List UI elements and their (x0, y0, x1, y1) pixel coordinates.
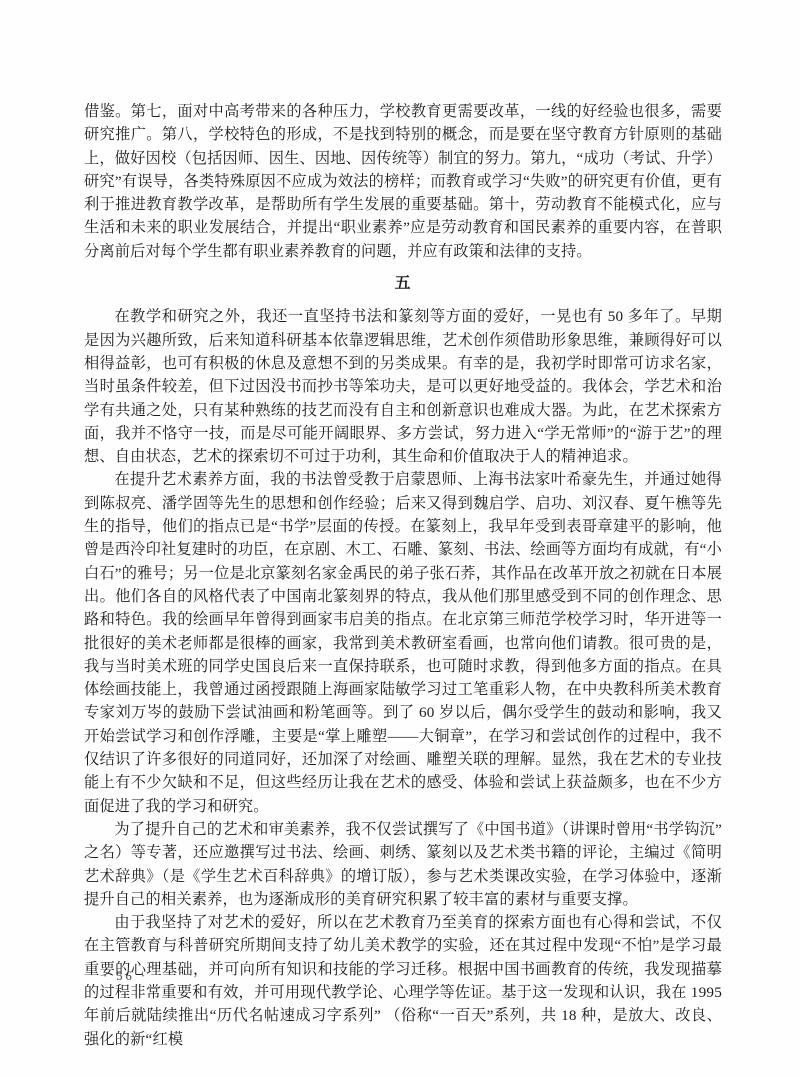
text-body: 借鉴。第七，面对中高考带来的各种压力，学校教育更需要改革，一线的好经验也很多，需… (84, 100, 722, 1051)
paragraph: 在提升艺术素养方面，我的书法曾受教于启蒙恩师、上海书法家叶希豪先生，并通过她得到… (84, 468, 722, 817)
paragraph: 在教学和研究之外，我还一直坚持书法和篆刻等方面的爱好，一晃也有 50 多年了。早… (84, 305, 722, 468)
paragraph: 由于我坚持了对艺术的爱好，所以在艺术教育乃至美育的探索方面也有心得和尝试，不仅在… (84, 911, 722, 1051)
section-heading: 五 (84, 272, 722, 295)
document-page: 借鉴。第七，面对中高考带来的各种压力，学校教育更需要改革，一线的好经验也很多，需… (0, 0, 800, 1077)
paragraph-continuation: 借鉴。第七，面对中高考带来的各种压力，学校教育更需要改革，一线的好经验也很多，需… (84, 100, 722, 263)
paragraph: 为了提升自己的艺术和审美素养，我不仅尝试撰写了《中国书道》（讲课时曾用“书学钩沉… (84, 818, 722, 911)
page-number: · 56 · (103, 969, 148, 984)
